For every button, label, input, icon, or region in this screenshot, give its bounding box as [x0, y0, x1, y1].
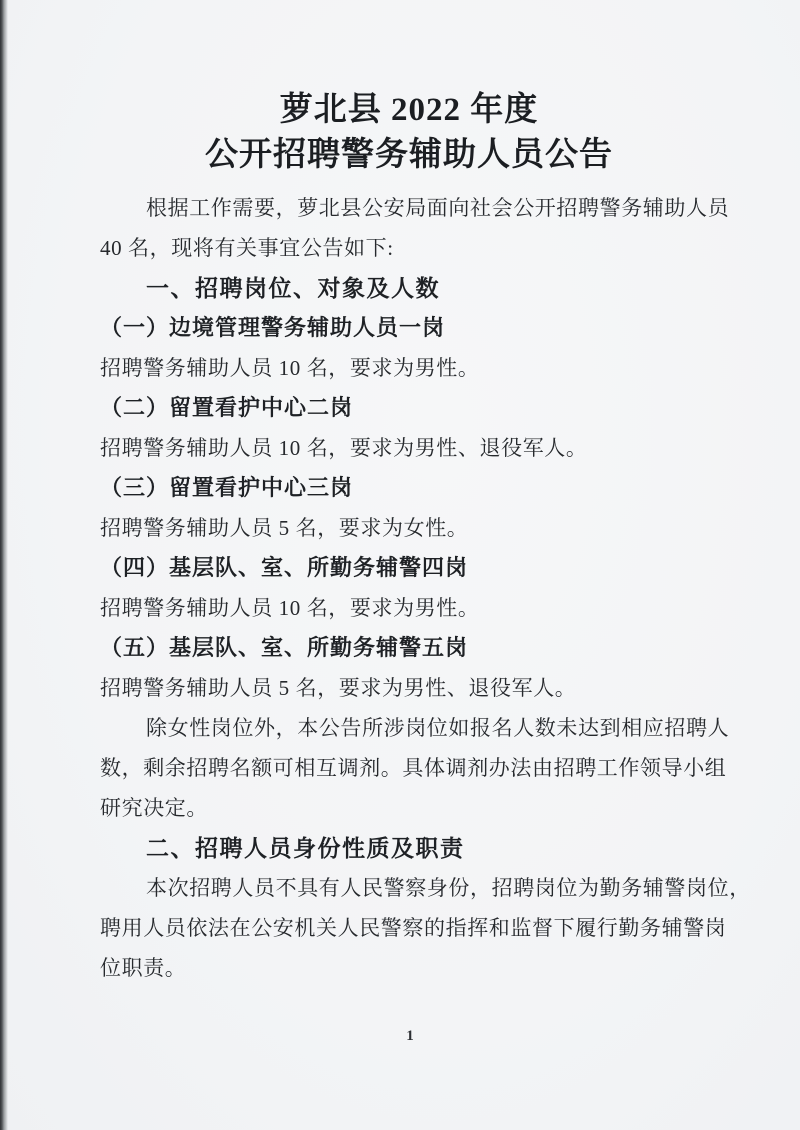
adjustment-note-line-1: 除女性岗位外，本公告所涉岗位如报名人数未达到相应招聘人	[100, 708, 718, 748]
document-body: 根据工作需要，萝北县公安局面向社会公开招聘警务辅助人员 40 名，现将有关事宜公…	[100, 188, 718, 988]
duty-paragraph-line-1: 本次招聘人员不具有人民警察身份，招聘岗位为勤务辅警岗位，	[100, 868, 718, 908]
adjustment-note-line-3: 研究决定。	[100, 788, 718, 828]
job-5-detail: 招聘警务辅助人员 5 名，要求为男性、退役军人。	[100, 668, 718, 708]
job-4-subheading: （四）基层队、室、所勤务辅警四岗	[100, 548, 718, 588]
job-4-detail: 招聘警务辅助人员 10 名，要求为男性。	[100, 588, 718, 628]
job-2-subheading: （二）留置看护中心二岗	[100, 388, 718, 428]
page-number: 1	[0, 1026, 800, 1046]
job-3-subheading: （三）留置看护中心三岗	[100, 468, 718, 508]
job-2-detail: 招聘警务辅助人员 10 名，要求为男性、退役军人。	[100, 428, 718, 468]
job-1-subheading: （一）边境管理警务辅助人员一岗	[100, 308, 718, 348]
scan-edge-shadow	[0, 0, 8, 1130]
intro-line-1: 根据工作需要，萝北县公安局面向社会公开招聘警务辅助人员	[100, 188, 718, 228]
scanned-document-page: 萝北县 2022 年度 公开招聘警务辅助人员公告 根据工作需要，萝北县公安局面向…	[0, 0, 800, 1130]
section-2-heading: 二、招聘人员身份性质及职责	[100, 828, 718, 868]
section-1-heading: 一、招聘岗位、对象及人数	[100, 268, 718, 308]
duty-paragraph-line-2: 聘用人员依法在公安机关人民警察的指挥和监督下履行勤务辅警岗	[100, 908, 718, 948]
document-title: 萝北县 2022 年度 公开招聘警务辅助人员公告	[100, 88, 718, 178]
job-1-detail: 招聘警务辅助人员 10 名，要求为男性。	[100, 348, 718, 388]
duty-paragraph-line-3: 位职责。	[100, 948, 718, 988]
adjustment-note-line-2: 数，剩余招聘名额可相互调剂。具体调剂办法由招聘工作领导小组	[100, 748, 718, 788]
document-content: 萝北县 2022 年度 公开招聘警务辅助人员公告 根据工作需要，萝北县公安局面向…	[100, 88, 718, 988]
intro-line-2: 40 名，现将有关事宜公告如下:	[100, 228, 718, 268]
document-title-line-1: 萝北县 2022 年度	[100, 88, 718, 133]
job-3-detail: 招聘警务辅助人员 5 名，要求为女性。	[100, 508, 718, 548]
job-5-subheading: （五）基层队、室、所勤务辅警五岗	[100, 628, 718, 668]
document-title-line-2: 公开招聘警务辅助人员公告	[100, 133, 718, 178]
